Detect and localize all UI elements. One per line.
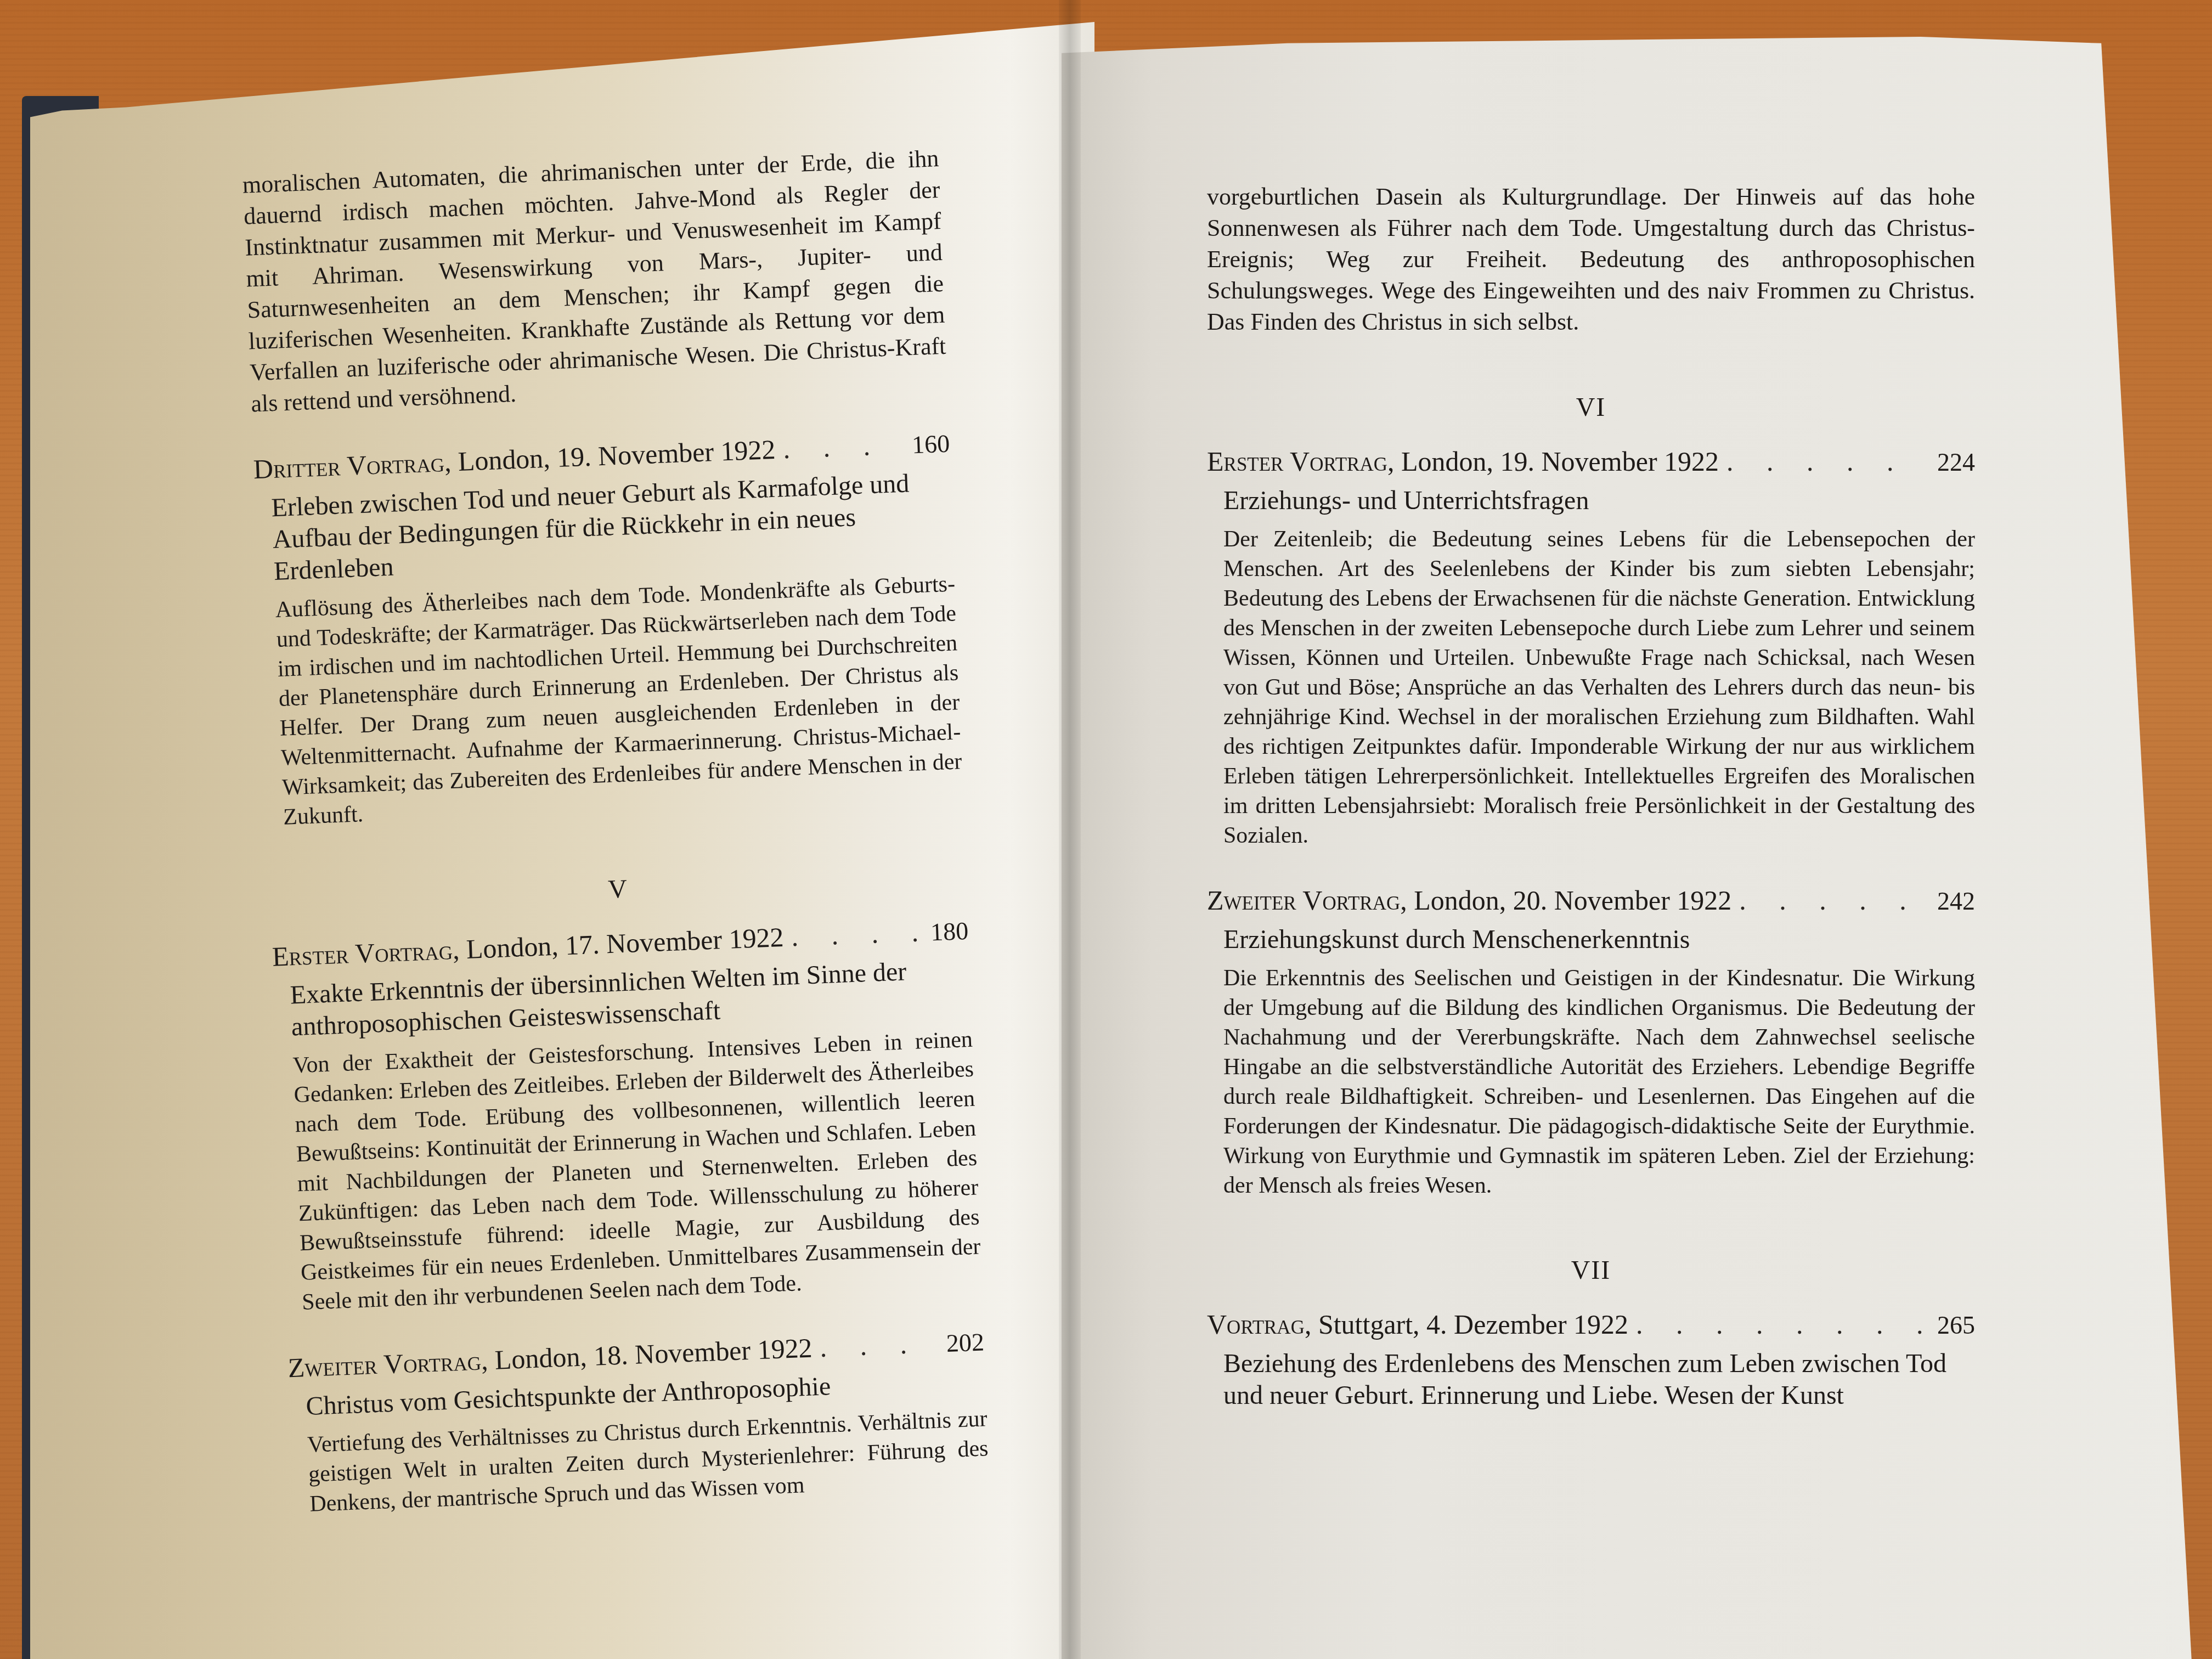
- leader-dots: . . . . . . . . . . . . . . . . .: [783, 915, 919, 953]
- lecture-title: Erziehungs- und Unterrichtsfragen: [1207, 485, 1975, 517]
- lecture-label: Vortrag: [1207, 1307, 1305, 1341]
- page-number: 160: [900, 427, 950, 462]
- section-numeral-v: V: [269, 861, 967, 918]
- toc-entry[interactable]: Dritter Vortrag , London, 19. November 1…: [253, 426, 964, 833]
- lecture-place-date: , London, 17. November 1922: [452, 920, 785, 967]
- toc-entry-heading: Zweiter Vortrag , London, 20. November 1…: [1207, 883, 1975, 918]
- lecture-label: Erster Vortrag: [1207, 444, 1387, 478]
- right-page-content: vorgeburtlichen Dasein als Kulturgrundla…: [1207, 181, 1975, 1412]
- lecture-place-date: , London, 20. November 1922: [1400, 883, 1731, 917]
- toc-entry-heading: Erster Vortrag , London, 19. November 19…: [1207, 444, 1975, 479]
- lecture-title: Erziehungskunst durch Menschenerkenntnis: [1207, 924, 1975, 956]
- book-gutter: [1059, 0, 1081, 1659]
- toc-entry-heading: Vortrag , Stuttgart, 4. Dezember 1922 . …: [1207, 1307, 1975, 1342]
- lecture-place-date: , London, 19. November 1922: [444, 432, 776, 479]
- lecture-title: Erleben zwischen Tod und neuer Geburt al…: [255, 466, 955, 589]
- page-number: 180: [918, 914, 969, 950]
- toc-entry[interactable]: Vortrag , Stuttgart, 4. Dezember 1922 . …: [1207, 1307, 1975, 1412]
- lecture-place-date: , London, 19. November 1922: [1387, 444, 1719, 478]
- page-number: 202: [934, 1325, 985, 1361]
- lecture-label: Dritter Vortrag: [253, 445, 445, 486]
- toc-entry[interactable]: Zweiter Vortrag , London, 20. November 1…: [1207, 883, 1975, 1200]
- lecture-title: Beziehung des Erdenlebens des Menschen z…: [1207, 1348, 1975, 1412]
- page-number: 242: [1926, 884, 1975, 918]
- page-number: 265: [1926, 1308, 1975, 1342]
- leader-dots: . . . . . . . . . . . . . . . . .: [775, 427, 901, 466]
- lecture-summary: Auflösung des Ätherleibes nach dem Tode.…: [258, 569, 964, 832]
- toc-entry[interactable]: Zweiter Vortrag , London, 18. November 1…: [287, 1324, 990, 1520]
- toc-entry[interactable]: Erster Vortrag , London, 19. November 19…: [1207, 444, 1975, 850]
- section-numeral-vii: VII: [1207, 1255, 1975, 1285]
- left-page-content: moralischen Automaten, die ahrimanischen…: [242, 143, 990, 1520]
- leader-dots: . . . . . . . . . . . . . . . . .: [1731, 883, 1926, 917]
- section-numeral-vi: VI: [1207, 392, 1975, 422]
- continuation-paragraph: moralischen Automaten, die ahrimanischen…: [242, 143, 948, 419]
- lecture-label: Erster Vortrag: [272, 933, 453, 974]
- lecture-summary: Von der Exaktheit der Geistesforschung. …: [276, 1025, 983, 1318]
- page-number: 224: [1926, 445, 1975, 479]
- lecture-summary: Die Erkenntnis des Seelischen und Geisti…: [1207, 963, 1975, 1200]
- continuation-paragraph: vorgeburtlichen Dasein als Kulturgrundla…: [1207, 181, 1975, 337]
- lecture-label: Zweiter Vortrag: [1207, 883, 1400, 917]
- toc-entry[interactable]: Erster Vortrag , London, 17. November 19…: [272, 913, 983, 1318]
- lecture-summary: Der Zeitenleib; die Bedeutung seines Leb…: [1207, 524, 1975, 850]
- leader-dots: . . . . . . . . . . . . . . . . .: [811, 1326, 935, 1365]
- lecture-label: Zweiter Vortrag: [287, 1344, 482, 1385]
- leader-dots: . . . . . . . . . . . . . . . . .: [1628, 1307, 1926, 1341]
- lecture-place-date: , Stuttgart, 4. Dezember 1922: [1305, 1307, 1628, 1341]
- lecture-place-date: , London, 18. November 1922: [481, 1330, 813, 1377]
- leader-dots: . . . . . . . . . . . . . . . . .: [1719, 444, 1926, 478]
